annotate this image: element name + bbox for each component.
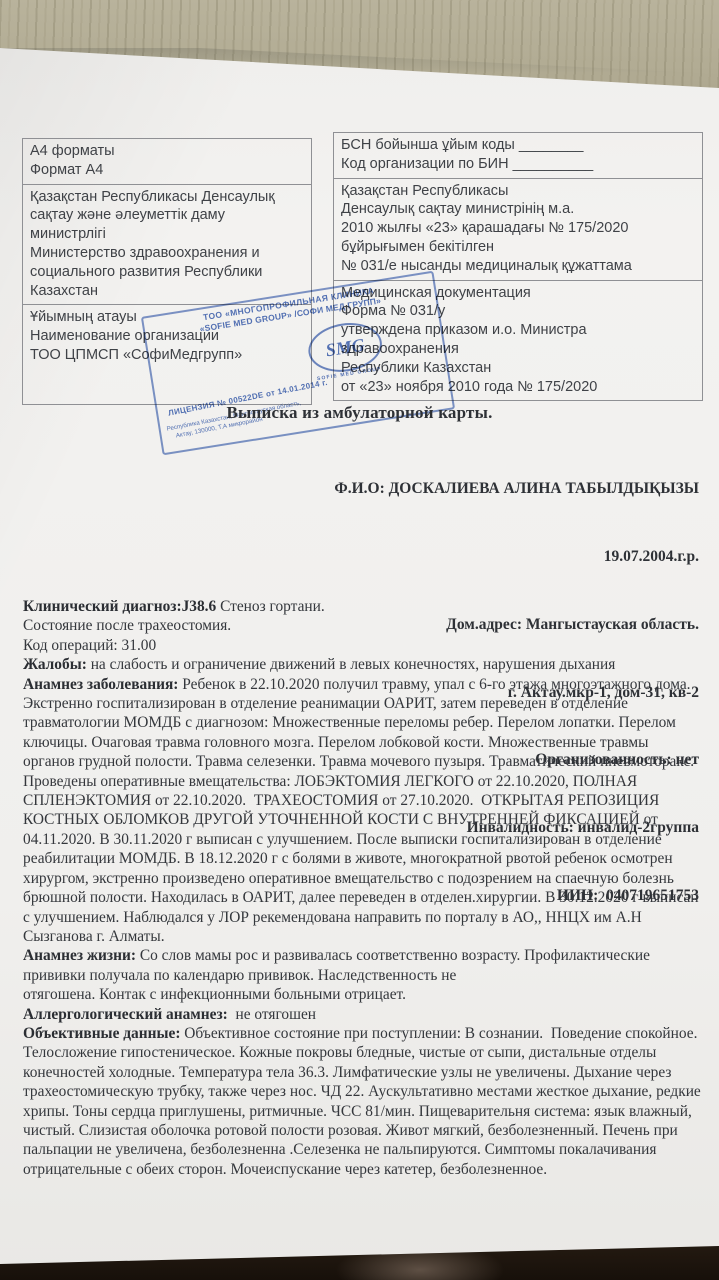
cell-org-code: БСН бойынша ұйым коды ________ Код орган… [334, 133, 702, 178]
body-paragraph: Анамнез заболевания: Ребенок в 22.10.202… [23, 675, 702, 947]
cell-organization-name: Ұйымның атауы Наименование организации Т… [23, 304, 311, 404]
patient-fio: Ф.И.О: ДОСКАЛИЕВА АЛИНА ТАБЫЛДЫҚЫЗЫ [139, 478, 699, 501]
header-table-left-column: А4 форматы Формат А4 Қазақстан Республик… [22, 138, 312, 405]
cell-format-a4: А4 форматы Формат А4 [23, 139, 311, 184]
header-table-right-column: БСН бойынша ұйым коды ________ Код орган… [333, 132, 703, 401]
body-paragraph: Аллергологический анамнез: не отягошен [23, 1005, 702, 1024]
body-paragraph: Жалобы: на слабость и ограничение движен… [23, 655, 702, 674]
body-paragraph: Объективные данные: Объективное состояни… [23, 1024, 702, 1179]
cell-form-031u: Медицинская документация Форма № 031/у у… [334, 280, 702, 401]
cell-ministry: Қазақстан Республикасы Денсаулық сақтау … [23, 184, 311, 305]
photo-of-document: { "colors": { "stamp_blue": "#3e63b5", "… [0, 0, 719, 1280]
paragraph-label: Объективные данные: [23, 1025, 180, 1042]
clinical-text-body: Клинический диагноз:J38.6 Стеноз гортани… [23, 597, 702, 1179]
paragraph-label: Анамнез заболевания: [23, 676, 178, 693]
paragraph-label: Анамнез жизни: [23, 947, 136, 964]
body-paragraph: Клинический диагноз:J38.6 Стеноз гортани… [23, 597, 702, 616]
patient-dob: 19.07.2004.г.р. [139, 546, 699, 569]
document-title: Выписка из амбулаторной карты. [0, 403, 719, 423]
body-paragraph: Анамнез жизни: Со слов мамы рос и развив… [23, 946, 702, 1004]
body-paragraph: Состояние после трахеостомия. [23, 616, 702, 635]
paragraph-label: Аллергологический анамнез: [23, 1006, 228, 1023]
paragraph-label: Клинический диагноз:J38.6 [23, 598, 216, 615]
body-paragraph: Код операций: 31.00 [23, 636, 702, 655]
cell-approval-kz: Қазақстан Республикасы Денсаулық сақтау … [334, 178, 702, 280]
paragraph-label: Жалобы: [23, 656, 87, 673]
